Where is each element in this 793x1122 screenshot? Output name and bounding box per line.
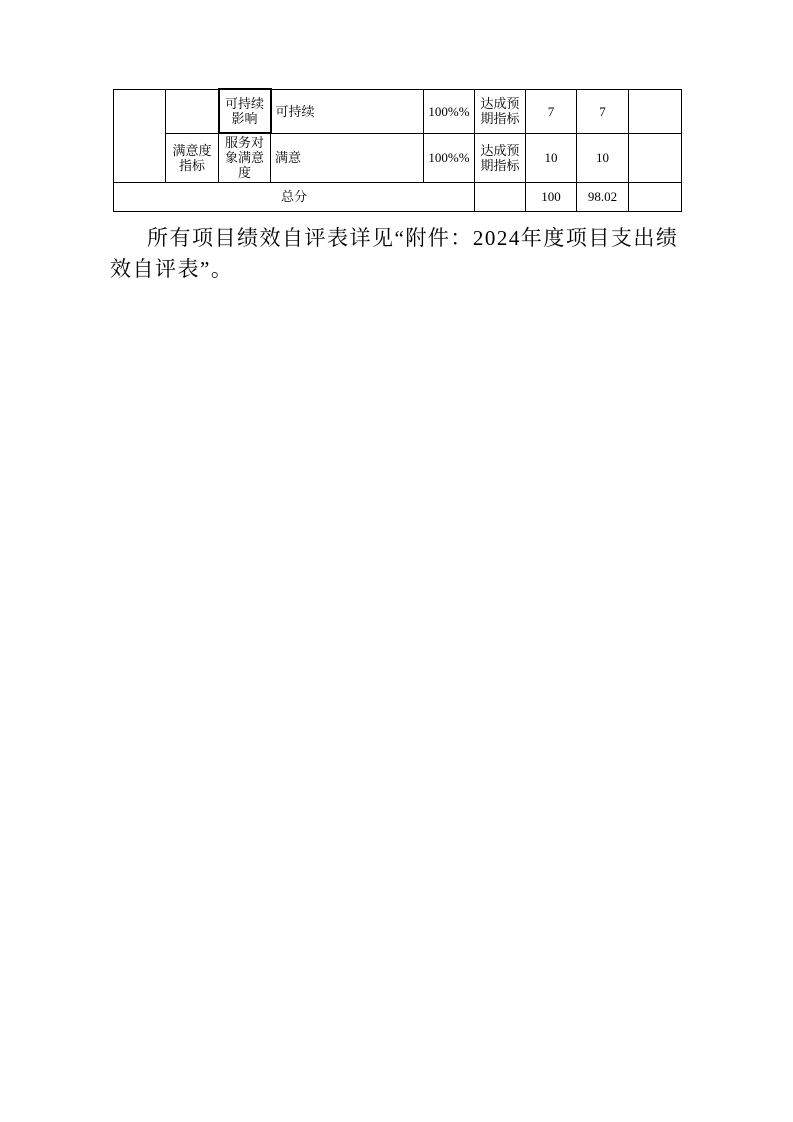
cell-full-score: 7 [526,89,577,133]
attachment-note-paragraph: 所有项目绩效自评表详见“附件：2024年度项目支出绩 效自评表”。 [110,223,692,285]
cell-note [629,89,682,133]
table-row-satisfaction: 满意度指标 服务对象满意度 满意 100%% 达成预期指标 10 10 [114,133,682,182]
cell-indicator-detail: 满意 [271,133,424,182]
cell-indicator-name: 服务对象满意度 [219,133,271,182]
cell-completion: 达成预期指标 [475,133,526,182]
total-full-score-cell: 100 [526,182,577,211]
document-page: 可持续影响 可持续 100%% 达成预期指标 7 7 满意度指标 服务对象满意度… [0,0,793,1122]
attachment-note-line-2: 效自评表”。 [110,254,692,285]
attachment-note-line-1: 所有项目绩效自评表详见“附件：2024年度项目支出绩 [110,223,692,254]
cell-completion: 达成预期指标 [475,89,526,133]
cell-category-l1 [114,89,166,182]
table-row-total: 总分 100 98.02 [114,182,682,211]
total-self-score-cell: 98.02 [577,182,629,211]
performance-score-table: 可持续影响 可持续 100%% 达成预期指标 7 7 满意度指标 服务对象满意度… [113,88,682,212]
cell-indicator-name: 可持续影响 [219,89,271,133]
cell-self-score: 7 [577,89,629,133]
total-spacer-cell [475,182,526,211]
cell-weight: 100%% [424,133,475,182]
cell-indicator-detail: 可持续 [271,89,424,133]
cell-category-l2: 满意度指标 [166,133,219,182]
cell-full-score: 10 [526,133,577,182]
cell-note [629,133,682,182]
total-label-cell: 总分 [114,182,475,211]
table-row-sustainable-impact: 可持续影响 可持续 100%% 达成预期指标 7 7 [114,89,682,133]
cell-category-l2-empty [166,89,219,133]
cell-weight: 100%% [424,89,475,133]
cell-self-score: 10 [577,133,629,182]
total-note-cell [629,182,682,211]
